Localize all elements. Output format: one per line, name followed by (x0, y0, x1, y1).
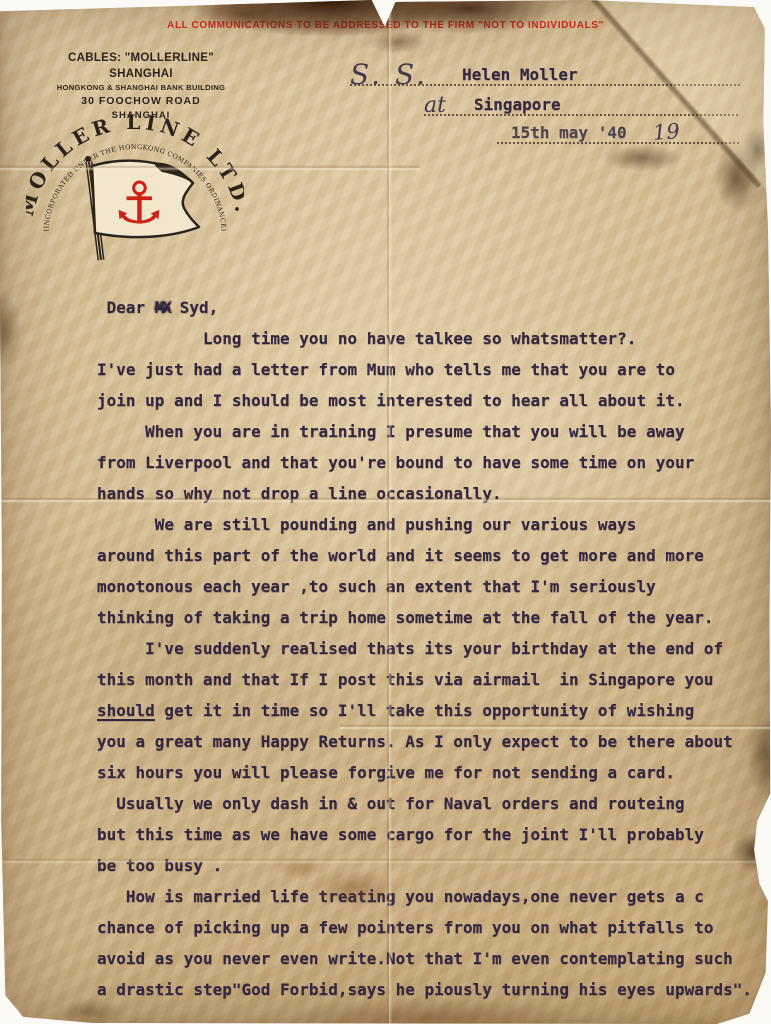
letter-line: but this time as we have some cargo for … (97, 819, 757, 850)
fold-crease (0, 165, 420, 171)
letter-line: When you are in training I presume that … (97, 416, 757, 447)
letter-line: should get it in time so I'll take this … (97, 695, 757, 726)
letter-line: a drastic step"God Forbid,says he piousl… (97, 974, 757, 1005)
letter-line: How is married life treating you nowaday… (97, 881, 757, 912)
year-printed: 19 (652, 119, 680, 145)
letter-line: Long time you no have talkee so whatsmat… (97, 323, 757, 354)
letter-line-text: get it in time so I'll take this opportu… (155, 701, 694, 720)
fold-crease (386, 0, 392, 1024)
house-flag: ⚓ (85, 156, 199, 260)
fold-crease (340, 724, 771, 730)
letter-line: Usually we only dash in & out for Naval … (97, 788, 757, 819)
letter-line: monotonous each year ,to such an extent … (97, 571, 757, 602)
date-typed: 15th may '40 (511, 123, 627, 142)
letter-line: be too busy . (97, 850, 757, 881)
salutation-line: Dear MX Syd, (97, 292, 757, 323)
at-label: at (424, 93, 446, 118)
letter-line: join up and I should be most interested … (97, 385, 757, 416)
salutation-post: Syd, (170, 298, 218, 317)
ship-name: Helen Moller (462, 65, 578, 84)
letter-photo: ALL COMMUNICATIONS TO BE ADDRESSED TO TH… (0, 0, 771, 1024)
cables-line: CABLES: "MOLLERLINE" SHANGHAI (38, 50, 244, 82)
struck-out-text: MX (155, 298, 170, 317)
moller-line-logo: MOLLER LINE LTD. (INCORPORATED UNDER THE… (26, 110, 244, 268)
letter-line: you a great many Happy Returns. As I onl… (97, 726, 757, 757)
paper-sheet: ALL COMMUNICATIONS TO BE ADDRESSED TO TH… (0, 0, 771, 1024)
letter-line: this month and that If I post this via a… (97, 664, 757, 695)
letter-line: We are still pounding and pushing our va… (97, 509, 757, 540)
letter-line: thinking of taking a trip home sometime … (97, 602, 757, 633)
letter-line: avoid as you never even write.Not that I… (97, 943, 757, 974)
letter-line: around this part of the world and it see… (97, 540, 757, 571)
letter-line: from Liverpool and that you're bound to … (97, 447, 757, 478)
letter-line: chance of picking up a few pointers from… (97, 912, 757, 943)
cables-line: HONGKONG & SHANGHAI BANK BUILDING (38, 82, 244, 94)
place-value: Singapore (474, 95, 561, 114)
underlined-word: should (97, 701, 155, 720)
letter-body: Dear MX Syd, Long time you no have talke… (97, 292, 757, 1005)
cables-line: 30 FOOCHOW ROAD (38, 94, 244, 109)
letter-line: hands so why not drop a line occasionall… (97, 478, 757, 509)
salutation-pre: Dear (97, 298, 155, 317)
letter-line: six hours you will please forgive me for… (97, 757, 757, 788)
letter-line: I've suddenly realised thats its your bi… (97, 633, 757, 664)
anchor-icon: ⚓ (113, 169, 165, 237)
letter-line: I've just had a letter from Mum who tell… (97, 354, 757, 385)
